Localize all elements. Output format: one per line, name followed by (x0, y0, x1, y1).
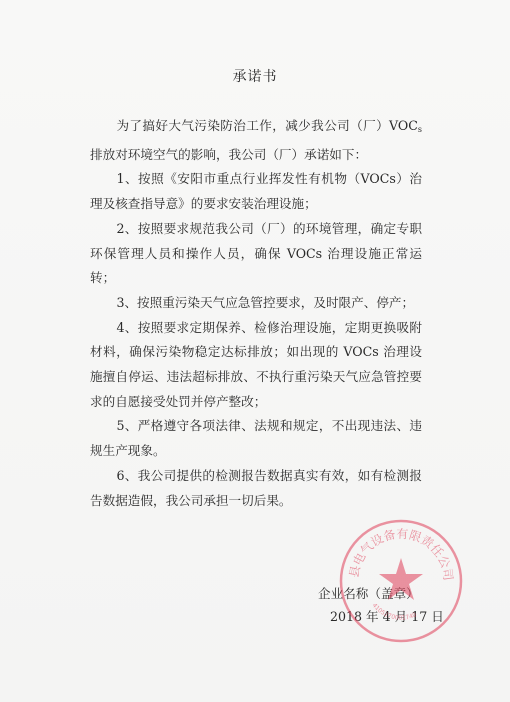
commitment-item-2: 2、按照要求规范我公司（厂）的环境管理，确定专职环保管理人员和操作人员，确保 V… (90, 217, 422, 291)
company-seal-stamp-icon: 县电气设备有限责任公司 4105270001740 (338, 518, 464, 644)
commitment-item-1: 1、按照《安阳市重点行业挥发性有机物（VOCs）治理及核查指导意》的要求安装治理… (90, 167, 422, 216)
document-body: 为了搞好大气污染防治工作，减少我公司（厂）VOCs排放对环境空气的影响，我公司（… (90, 114, 422, 513)
document-page: 承诺书 为了搞好大气污染防治工作，减少我公司（厂）VOCs排放对环境空气的影响，… (0, 0, 510, 702)
intro-paragraph: 为了搞好大气污染防治工作，减少我公司（厂）VOCs排放对环境空气的影响，我公司（… (90, 114, 422, 167)
commitment-item-5: 5、严格遵守各项法律、法规和规定，不出现违法、违规生产现象。 (90, 414, 422, 463)
svg-text:4105270001740: 4105270001740 (371, 602, 418, 622)
commitment-item-4: 4、按照要求定期保养、检修治理设施，定期更换吸附材料，确保污染物稳定达标排放；如… (90, 316, 422, 415)
commitment-item-3: 3、按照重污染天气应急管控要求，及时限产、停产； (90, 291, 422, 316)
commitment-item-6: 6、我公司提供的检测报告数据真实有效，如有检测报告数据造假，我公司承担一切后果。 (90, 464, 422, 513)
document-title: 承诺书 (0, 66, 510, 86)
